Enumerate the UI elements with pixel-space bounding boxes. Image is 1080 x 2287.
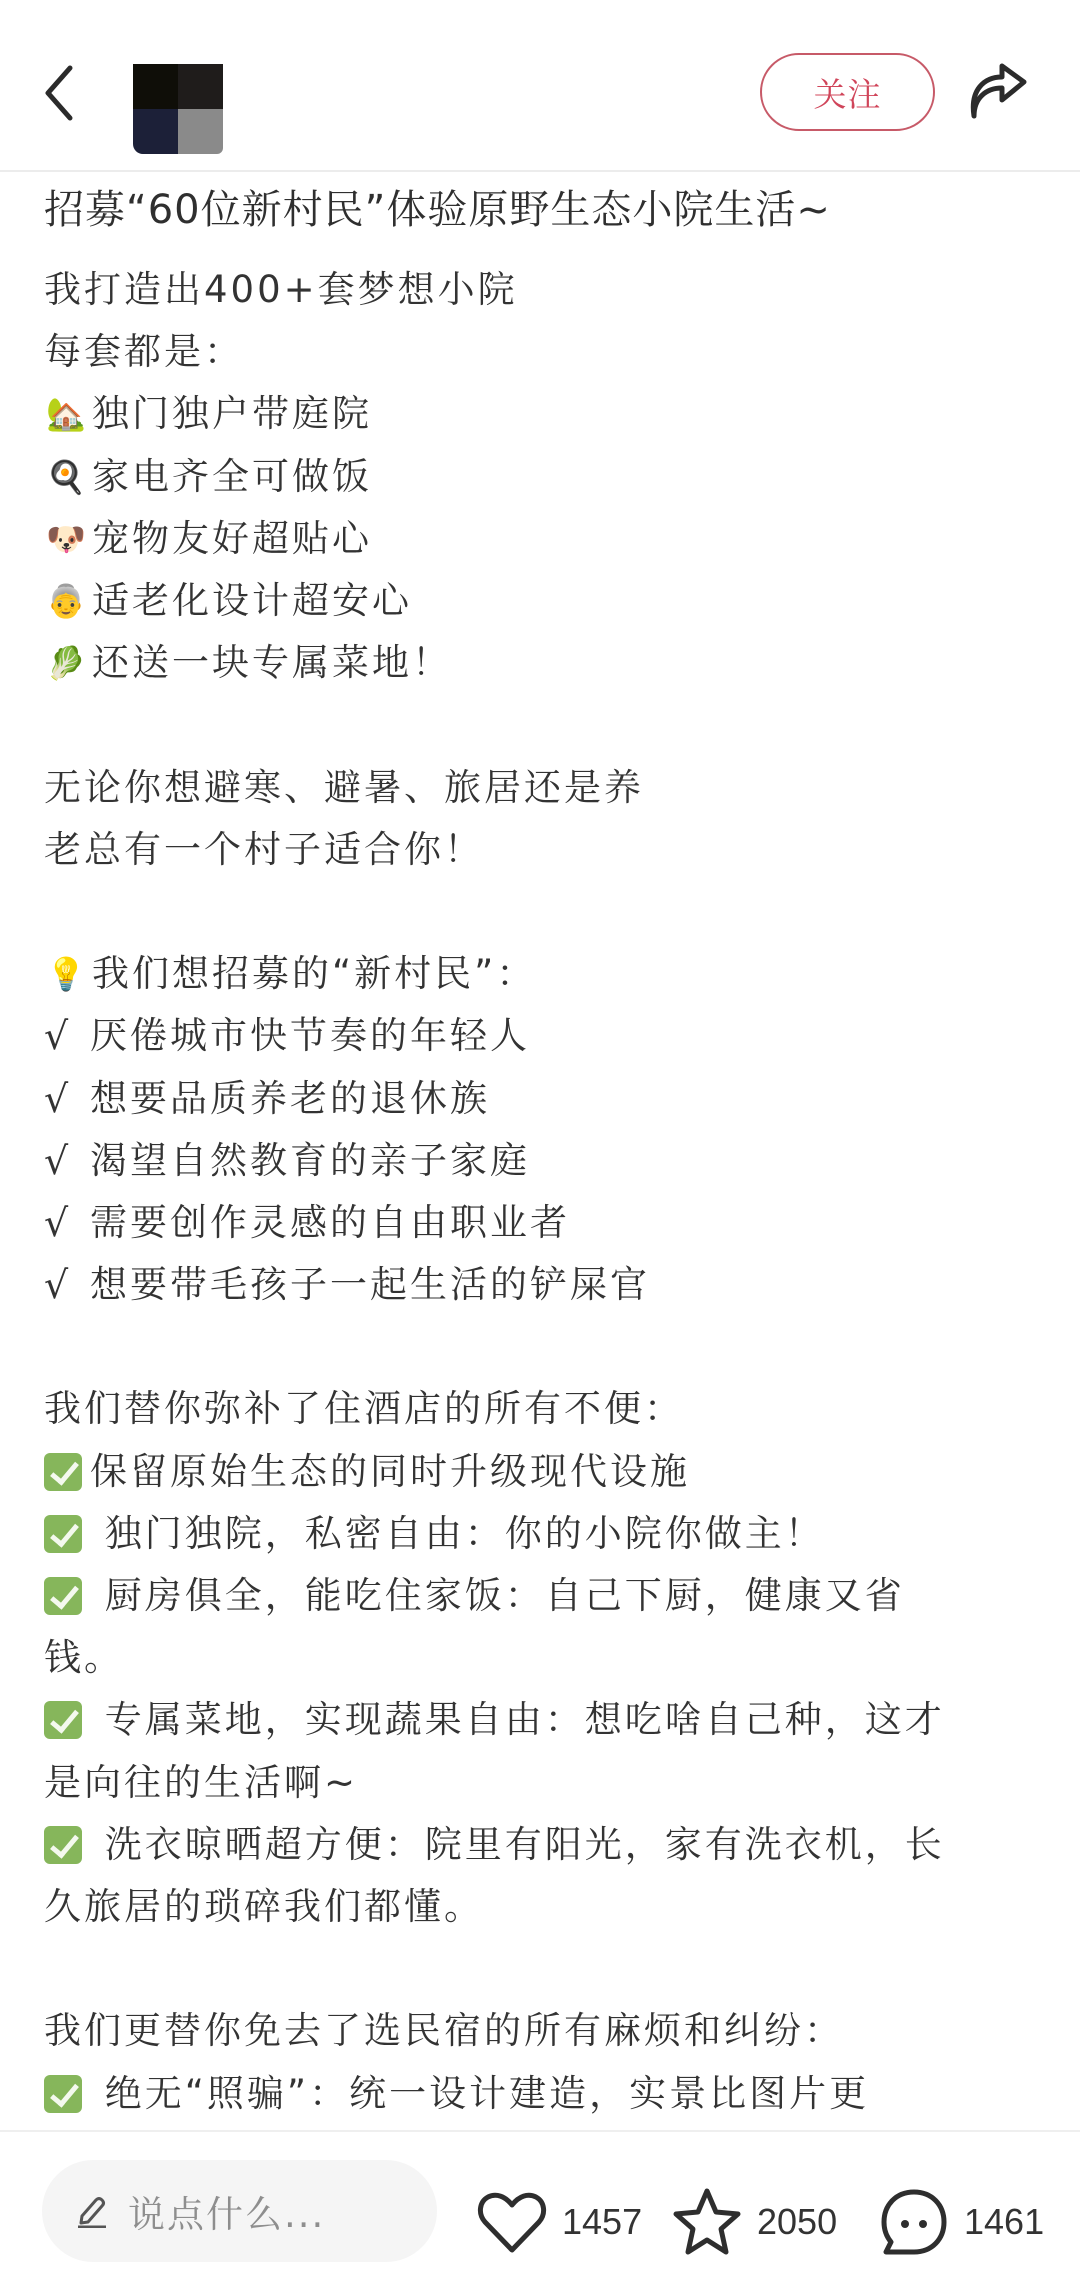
blank-line — [44, 1938, 1044, 2000]
line-text: 适老化设计超安心 — [92, 570, 412, 632]
post-line: 我们更替你免去了选民宿的所有麻烦和纠纷： — [44, 2000, 1044, 2062]
share-button[interactable] — [962, 60, 1034, 126]
comment-input[interactable]: 说点什么... — [42, 2160, 437, 2262]
like-button[interactable]: 1457 — [476, 2182, 642, 2262]
comment-button[interactable]: 1461 — [878, 2182, 1044, 2262]
line-text: 每套都是： — [44, 321, 244, 383]
line-text: 厨房俱全，能吃住家饭：自己下厨，健康又省 — [90, 1565, 905, 1627]
collect-button[interactable]: 2050 — [671, 2182, 837, 2262]
post-line: 🥬还送一块专属菜地！ — [44, 632, 1044, 694]
post-line: √渴望自然教育的亲子家庭 — [44, 1130, 1044, 1192]
line-text: 家电齐全可做饭 — [92, 446, 372, 508]
post-line: 🏡独门独户带庭院 — [44, 383, 1044, 445]
emoji-icon: 🐶 — [44, 508, 88, 570]
back-button[interactable] — [36, 58, 86, 128]
comment-placeholder: 说点什么... — [128, 2184, 325, 2238]
blank-line — [44, 881, 1044, 943]
post-line: 专属菜地，实现蔬果自由：想吃啥自己种，这才 — [44, 1689, 1044, 1751]
line-text: 需要创作灵感的自由职业者 — [90, 1192, 570, 1254]
emoji-icon: 💡 — [44, 943, 88, 1005]
line-text: 洗衣晾晒超方便：院里有阳光，家有洗衣机，长 — [90, 1814, 945, 1876]
line-text: 想要带毛孩子一起生活的铲屎官 — [90, 1254, 650, 1316]
line-text: 独门独院，私密自由：你的小院你做主！ — [90, 1503, 825, 1565]
author-avatar[interactable] — [133, 64, 223, 154]
post-line: 独门独院，私密自由：你的小院你做主！ — [44, 1503, 1044, 1565]
post-line: 绝无“照骗”：统一设计建造，实景比图片更 — [44, 2062, 1044, 2124]
post-line: 💡我们想招募的“新村民”： — [44, 943, 1044, 1005]
checkmark-icon: √ — [44, 1192, 84, 1254]
green-check-box-icon — [44, 1577, 82, 1615]
line-text: 久旅居的琐碎我们都懂。 — [44, 1876, 484, 1938]
line-text: 宠物友好超贴心 — [92, 508, 372, 570]
top-nav-bar: 关注 — [0, 0, 1080, 171]
line-text: 我们替你弥补了住酒店的所有不便： — [44, 1378, 684, 1440]
post-line: √需要创作灵感的自由职业者 — [44, 1192, 1044, 1254]
post-line: 无论你想避寒、避暑、旅居还是养 — [44, 757, 1044, 819]
pencil-icon — [74, 2194, 108, 2228]
post-line: 我打造出400+套梦想小院 — [44, 259, 1044, 321]
post-line: √想要品质养老的退休族 — [44, 1067, 1044, 1129]
line-text: 绝无“照骗”：统一设计建造，实景比图片更 — [90, 2063, 869, 2125]
post-title: 招募“60位新村民”体验原野生态小院生活~ — [44, 184, 831, 236]
blank-line — [44, 694, 1044, 756]
line-text: 无论你想避寒、避暑、旅居还是养 — [44, 757, 644, 819]
line-text: 我们想招募的“新村民”： — [92, 943, 536, 1005]
line-text: 还送一块专属菜地！ — [92, 632, 452, 694]
bottom-action-bar: 说点什么... 1457 2050 1461 — [0, 2132, 1080, 2287]
post-body: 我打造出400+套梦想小院每套都是：🏡独门独户带庭院🍳家电齐全可做饭🐶宠物友好超… — [44, 259, 1044, 2125]
emoji-icon: 🥬 — [44, 632, 88, 694]
post-line: 是向往的生活啊~ — [44, 1752, 1044, 1814]
green-check-box-icon — [44, 1701, 82, 1739]
post-line: 我们替你弥补了住酒店的所有不便： — [44, 1378, 1044, 1440]
post-line: 每套都是： — [44, 321, 1044, 383]
blank-line — [44, 1316, 1044, 1378]
avatar-quadrant — [133, 64, 178, 109]
emoji-icon: 🏡 — [44, 383, 88, 445]
post-line: 洗衣晾晒超方便：院里有阳光，家有洗衣机，长 — [44, 1814, 1044, 1876]
post-line: 保留原始生态的同时升级现代设施 — [44, 1441, 1044, 1503]
collect-count: 2050 — [757, 2201, 837, 2243]
green-check-box-icon — [44, 1826, 82, 1864]
green-check-box-icon — [44, 1453, 82, 1491]
post-line: 👵适老化设计超安心 — [44, 570, 1044, 632]
checkmark-icon: √ — [44, 1130, 84, 1192]
post-line: 久旅居的琐碎我们都懂。 — [44, 1876, 1044, 1938]
post-line: 🐶宠物友好超贴心 — [44, 508, 1044, 570]
line-text: 钱。 — [44, 1627, 124, 1689]
post-line: 钱。 — [44, 1627, 1044, 1689]
checkmark-icon: √ — [44, 1068, 84, 1130]
follow-button[interactable]: 关注 — [760, 53, 935, 131]
post-line: 厨房俱全，能吃住家饭：自己下厨，健康又省 — [44, 1565, 1044, 1627]
post-line: 🍳家电齐全可做饭 — [44, 446, 1044, 508]
emoji-icon: 🍳 — [44, 446, 88, 508]
post-content[interactable]: 招募“60位新村民”体验原野生态小院生活~ 我打造出400+套梦想小院每套都是：… — [0, 172, 1080, 2130]
share-arrow-icon — [962, 60, 1034, 126]
checkmark-icon: √ — [44, 1254, 84, 1316]
line-text: 老总有一个村子适合你！ — [44, 819, 484, 881]
chevron-left-icon — [36, 58, 86, 128]
line-text: 厌倦城市快节奏的年轻人 — [90, 1005, 530, 1067]
line-text: 想要品质养老的退休族 — [90, 1068, 490, 1130]
line-text: 渴望自然教育的亲子家庭 — [90, 1130, 530, 1192]
comment-count: 1461 — [964, 2201, 1044, 2243]
avatar-quadrant — [178, 64, 223, 109]
line-text: 独门独户带庭院 — [92, 383, 372, 445]
post-line: √厌倦城市快节奏的年轻人 — [44, 1005, 1044, 1067]
chat-bubble-icon — [878, 2186, 950, 2258]
line-text: 是向往的生活啊~ — [44, 1752, 358, 1814]
line-text: 我打造出400+套梦想小院 — [44, 259, 518, 321]
heart-icon — [476, 2186, 548, 2258]
green-check-box-icon — [44, 2075, 82, 2113]
post-line: √想要带毛孩子一起生活的铲屎官 — [44, 1254, 1044, 1316]
green-check-box-icon — [44, 1515, 82, 1553]
star-icon — [671, 2186, 743, 2258]
avatar-quadrant — [178, 109, 223, 154]
line-text: 我们更替你免去了选民宿的所有麻烦和纠纷： — [44, 2000, 844, 2062]
post-line: 老总有一个村子适合你！ — [44, 819, 1044, 881]
avatar-quadrant — [133, 109, 178, 154]
checkmark-icon: √ — [44, 1005, 84, 1067]
like-count: 1457 — [562, 2201, 642, 2243]
emoji-icon: 👵 — [44, 570, 88, 632]
line-text: 专属菜地，实现蔬果自由：想吃啥自己种，这才 — [90, 1689, 945, 1751]
line-text: 保留原始生态的同时升级现代设施 — [90, 1441, 690, 1503]
